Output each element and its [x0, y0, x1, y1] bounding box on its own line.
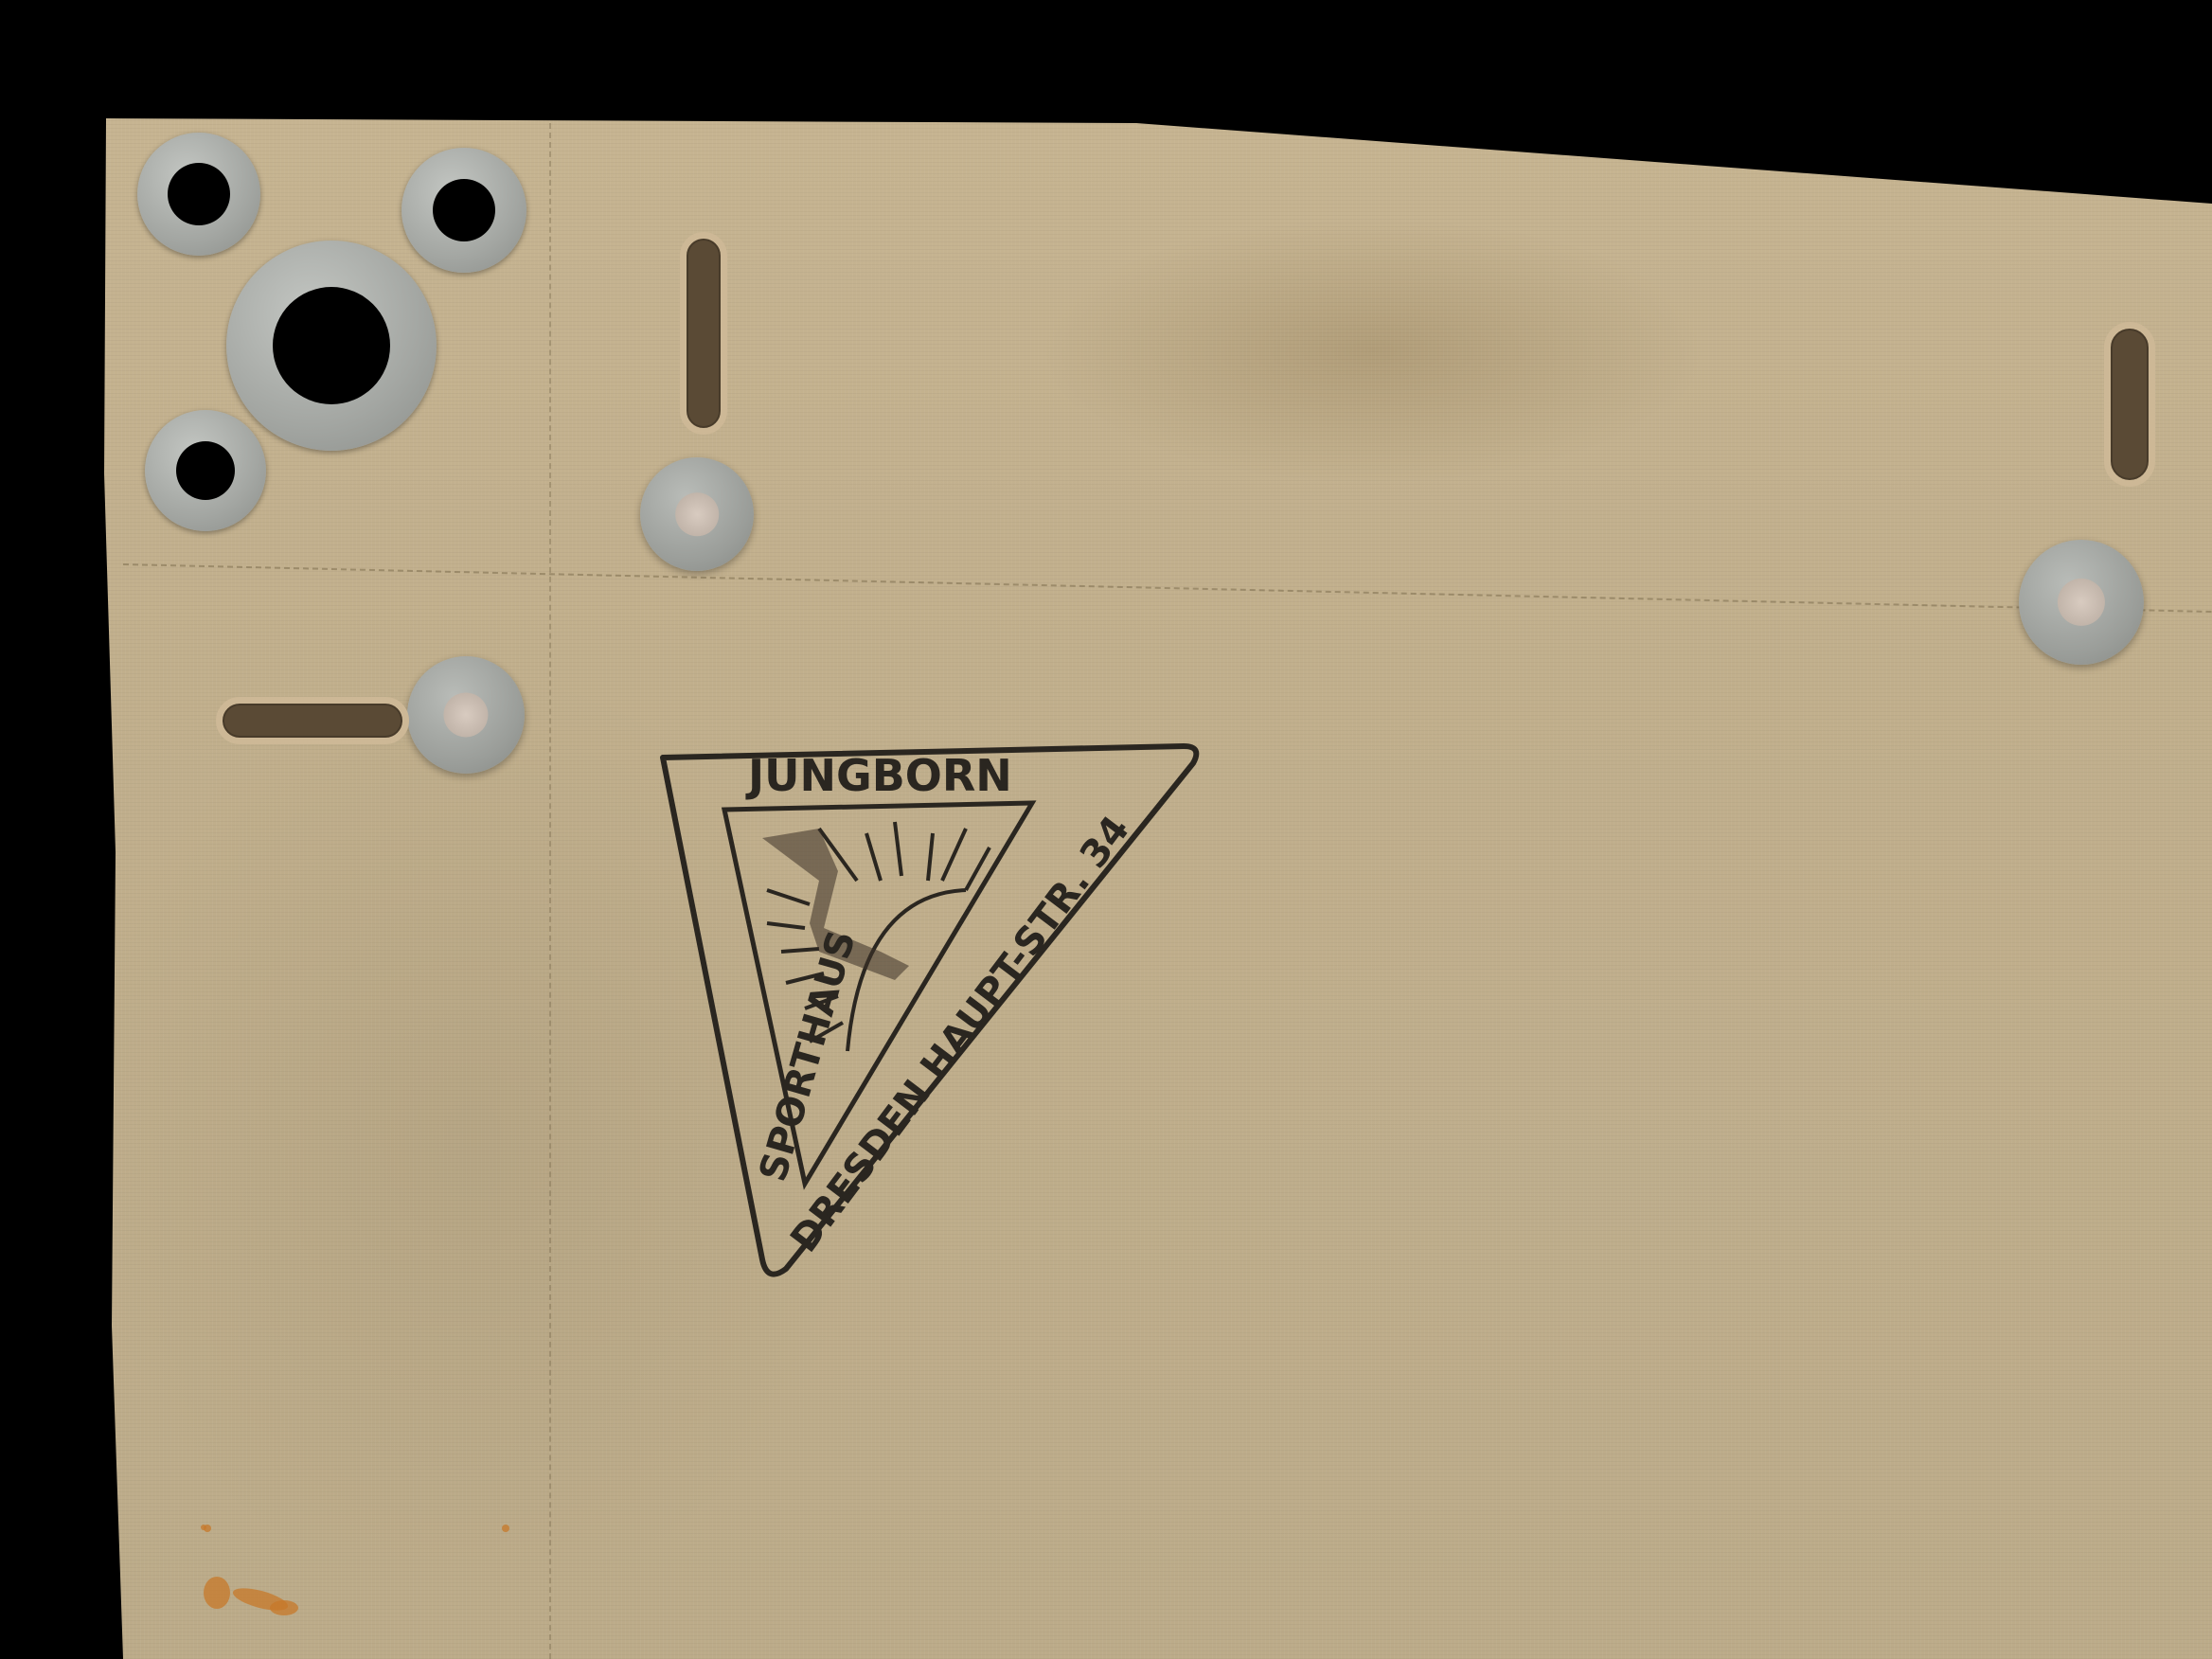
- buttonhole: [216, 697, 409, 744]
- vertical-seam: [549, 123, 553, 1659]
- grommet-hole: [273, 287, 390, 404]
- canvas-sheet: JUNGBORN SPORTHAUS DRESDEN HAUPT-STR. 34: [0, 0, 2212, 1659]
- buttonhole: [2104, 322, 2155, 487]
- button-thread: [675, 492, 719, 536]
- metal-button: [407, 656, 525, 774]
- grommet: [401, 148, 526, 273]
- grommet: [226, 241, 437, 451]
- grommet-hole: [433, 179, 495, 241]
- rust-stain: [502, 1525, 509, 1532]
- stamp-graphic: JUNGBORN SPORTHAUS DRESDEN HAUPT-STR. 34: [653, 739, 1222, 1307]
- grommet-hole: [168, 163, 230, 225]
- buttonhole: [680, 232, 727, 435]
- metal-button: [640, 457, 754, 571]
- rust-stain: [201, 1525, 206, 1530]
- grommet: [137, 133, 260, 256]
- ink-stamp: JUNGBORN SPORTHAUS DRESDEN HAUPT-STR. 34: [653, 739, 1222, 1307]
- grommet: [145, 410, 266, 531]
- button-thread: [443, 692, 488, 737]
- metal-button: [2019, 540, 2144, 665]
- rust-stain: [204, 1577, 230, 1609]
- button-thread: [2058, 579, 2105, 626]
- grommet-hole: [176, 441, 235, 500]
- rust-stain: [270, 1600, 298, 1615]
- stamp-top-text: JUNGBORN: [745, 750, 1012, 801]
